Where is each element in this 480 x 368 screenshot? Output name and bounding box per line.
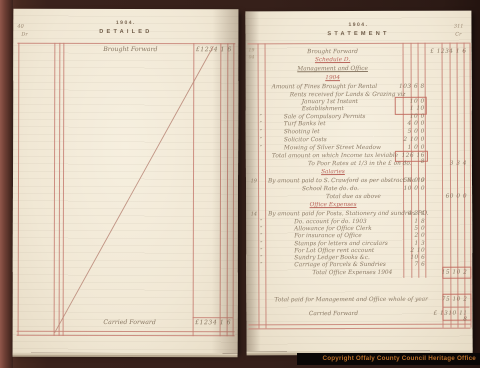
rule-line	[17, 43, 235, 45]
ledger-photo: 40 Dr 1904. DETAILED Brought Forward £12…	[0, 0, 480, 368]
ditto-mark: ″	[260, 114, 262, 120]
row-label: Management and Office	[270, 66, 396, 72]
brought-forward-row: Brought Forward £1234 1 6	[13, 46, 238, 56]
row-label: Shooting let	[284, 129, 320, 135]
ledger-row: Total Office Expenses 190415 10 2	[246, 270, 472, 279]
amount-inner: 5 0	[396, 226, 425, 232]
carried-forward-label: Carried Forward	[68, 319, 192, 326]
rule-line	[248, 43, 470, 45]
ditto-mark: ″	[260, 241, 262, 247]
row-label: Solicitor Costs	[284, 137, 327, 143]
left-printed-year: 1904.	[13, 20, 238, 27]
row-label: Office Expenses	[270, 202, 396, 208]
ditto-mark: ″	[260, 248, 262, 254]
amount-inner: 2 0	[396, 233, 425, 239]
amount-inner: 1 0 0	[396, 145, 425, 151]
row-label: Allowance for Office Clerk	[294, 226, 372, 232]
margin-number: 14	[247, 211, 257, 217]
ditto-mark: ″	[260, 121, 262, 127]
amount-inner: 2 10	[396, 248, 425, 254]
right-page: 311 Cr 1904. STATEMENT 19 04	[245, 11, 472, 352]
row-label: Total due as above	[326, 194, 381, 200]
row-label: Stamps for letters and circulars	[294, 241, 388, 247]
amount-outer: £ 1310 11 8	[428, 311, 467, 323]
rule-line	[248, 324, 470, 326]
right-printed-header: STATEMENT	[245, 31, 471, 38]
rule-line	[193, 43, 195, 336]
rule-line	[442, 307, 469, 308]
right-printed-year: 1904.	[245, 22, 471, 29]
copyright-strip: Copyright Offaly County Council Heritage…	[297, 353, 480, 365]
amount-outer: 75 10 2	[428, 297, 467, 303]
brought-forward-label: Brought Forward	[68, 46, 192, 53]
amount-outer: £ 1234 1 6	[428, 49, 467, 55]
amount-inner: 4 0 0	[396, 121, 425, 127]
row-label: January 1st Instant	[302, 99, 358, 105]
ledger-row: Total paid for Management and Office who…	[246, 297, 472, 306]
rule-line	[17, 331, 235, 333]
amount-inner: 1 8	[396, 219, 425, 225]
amount-outer: 15 10 2	[428, 270, 467, 276]
left-page-ruling	[13, 9, 238, 10]
amount-outer: 3 3 4	[428, 161, 467, 167]
rule-line	[58, 43, 60, 336]
row-label: Mowing of Silver Street Meadow	[284, 145, 381, 151]
amount-inner: 50 0 0	[396, 178, 425, 184]
ledger-row: Salaries	[246, 169, 472, 178]
rule-line	[17, 335, 235, 337]
amount-inner: 10 0	[396, 114, 425, 120]
row-label: For insurance of Office	[294, 233, 361, 239]
row-label: Do. account for do. 1903	[294, 219, 367, 225]
ditto-mark: ″	[260, 219, 262, 225]
row-label: Rents received for Lands & Grazing viz	[290, 92, 406, 98]
amount-inner: 10 0 0	[396, 186, 425, 192]
amount-outer: 60 0 0	[428, 194, 467, 200]
row-label: 1904	[270, 75, 396, 81]
amount-inner: 7 6	[396, 262, 425, 268]
amount-inner: 4 3 4	[396, 211, 425, 217]
row-label: Carried Forward	[270, 311, 396, 317]
row-label: Amount of Fines Brought for Rental	[272, 84, 377, 90]
ditto-mark: ″	[260, 145, 262, 151]
amount-inner: 2 10 0	[396, 137, 425, 143]
ledger-row: Management and Office	[246, 66, 472, 75]
rule-line	[249, 328, 471, 330]
row-label: Total paid for Management and Office who…	[274, 297, 427, 304]
right-page-ruling	[245, 11, 471, 12]
ledger-row: Schedule D.	[246, 57, 472, 66]
row-label: School Rate do. do.	[302, 186, 359, 192]
ledger-row: 1904	[246, 75, 472, 84]
row-label: Sundry Ledger Books &c.	[294, 255, 370, 261]
row-label: Brought Forward	[270, 49, 396, 55]
amount-inner: 103 6 8	[396, 84, 425, 90]
diagonal-cancel-line	[13, 9, 239, 354]
amount-inner: 10 0	[396, 99, 425, 105]
ditto-mark: ″	[260, 137, 262, 143]
row-label: Total amount on which Income tax leviabl…	[272, 153, 398, 159]
ditto-mark: ″	[260, 255, 262, 261]
ditto-mark: ″	[260, 129, 262, 135]
rule-line	[63, 43, 65, 336]
row-label: Establishment	[302, 106, 344, 112]
carried-forward-row: Carried Forward £1234 1 6	[13, 319, 238, 329]
row-label: To Poor Rates at 1/3 in the £ on do.	[308, 161, 412, 167]
row-label: Turf Banks let	[284, 121, 326, 127]
row-label: Schedule D.	[270, 57, 396, 63]
left-page: 40 Dr 1904. DETAILED Brought Forward £12…	[13, 9, 239, 354]
amount-inner: 1 3	[396, 241, 425, 247]
feint-ruling	[13, 9, 239, 354]
amount-inner: 1 10	[396, 106, 425, 112]
ledger-row: Office Expenses	[246, 202, 472, 211]
row-label: Sale of Compulsory Permits	[284, 114, 366, 120]
amount-inner: 10 6	[396, 255, 425, 261]
amount-inner: 5 0 0	[396, 129, 425, 135]
left-printed-header: DETAILED	[13, 29, 238, 36]
row-label: Total Office Expenses 1904	[312, 270, 392, 276]
book-spine	[0, 0, 13, 368]
margin-number: 19	[247, 178, 257, 184]
ditto-mark: ″	[260, 233, 262, 239]
ditto-mark: ″	[260, 262, 262, 268]
row-label: Carriage of Parcels & Sundries	[294, 262, 386, 268]
rule-line	[54, 43, 56, 336]
row-label: For Lot Office rent account	[294, 248, 374, 254]
rule-line	[18, 43, 20, 336]
right-page-rows: Brought Forward£ 1234 1 6Schedule D.Mana…	[245, 11, 471, 12]
copyright-text: Copyright Offaly County Council Heritage…	[322, 355, 476, 362]
ditto-mark: ″	[260, 226, 262, 232]
row-label: Salaries	[270, 169, 396, 175]
ledger-row: Carried Forward£ 1310 11 8	[246, 311, 472, 320]
gutter-shadow	[212, 9, 239, 353]
